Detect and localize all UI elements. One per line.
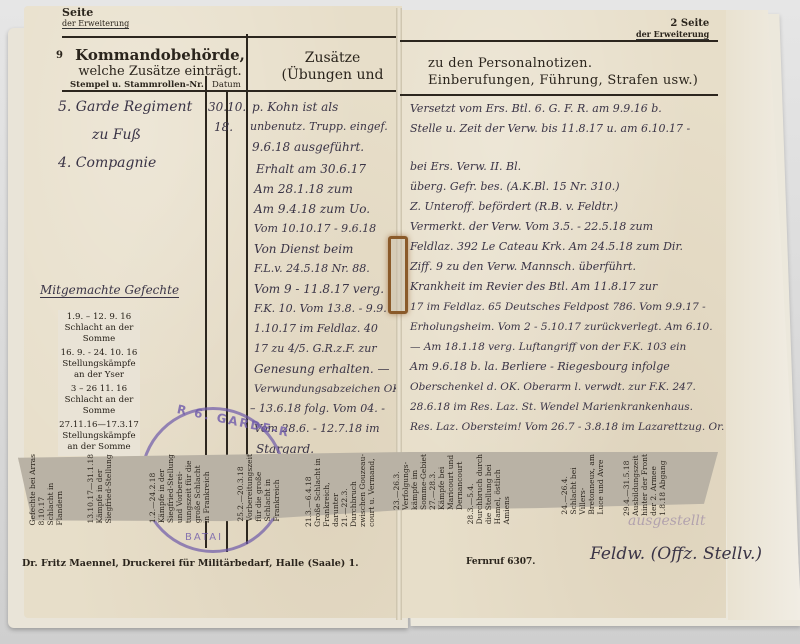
notes-left-line: Erhalt am 30.6.17 xyxy=(256,162,366,176)
notes-left-line: Am 9.4.18 zum Uo. xyxy=(254,202,370,216)
left-page-label-sub: der Erweiterung xyxy=(62,19,129,29)
subheader-stempel: Stempel u. Stammrollen-Nr. xyxy=(70,80,204,90)
battle-place: Somme xyxy=(58,406,140,417)
battle-dates: 16. 9. - 24. 10. 16 xyxy=(58,348,140,359)
strip-entry: 21.3.—6.4.18 Große Schlacht in Frankreic… xyxy=(304,454,376,527)
notes-right-line: — Am 18.1.18 verg. Luftangriff von der F… xyxy=(410,340,686,354)
header-zusaetze: Zusätze (Übungen und xyxy=(270,50,395,84)
unit-entry-line3: 4. Compagnie xyxy=(58,156,156,170)
signature: Feldw. (Offz. Stellv.) xyxy=(590,544,762,564)
right-page-label: 2 Seite der Erweiterung xyxy=(636,18,709,40)
notes-left-line: unbenutz. Trupp. eingef. xyxy=(250,120,388,134)
strip-entry: 25.2.—20.3.18 Vorbereitungszeit für die … xyxy=(236,454,281,522)
left-page-number-mark: 9 xyxy=(56,50,63,61)
battle-place: Somme xyxy=(58,334,140,345)
printer-imprint: Dr. Fritz Maennel, Druckerei für Militär… xyxy=(22,558,359,569)
binding-staple xyxy=(388,236,408,314)
header-kommandobehoerde: Kommandobehörde, welche Zusätze einträgt… xyxy=(70,46,250,79)
phone-imprint: Fernruf 6307. xyxy=(466,557,535,567)
notes-right-line: Stelle u. Zeit der Verw. bis 11.8.17 u. … xyxy=(410,122,690,136)
battle-entry: 16. 9. - 24. 10. 16 Stellungskämpfe an d… xyxy=(58,348,140,381)
battle-dates: 3 – 26 11. 16 xyxy=(58,384,140,395)
notes-left-line: Genesung erhalten. — xyxy=(254,362,389,376)
left-page-label-text: Seite xyxy=(62,6,93,19)
header-rule-top-left xyxy=(62,36,398,38)
battle-dates: 1.9. – 12. 9. 16 xyxy=(58,312,140,323)
battle-place: an der Yser xyxy=(58,370,140,381)
header-personalnotizen-line2: Einberufungen, Führung, Strafen usw.) xyxy=(428,72,698,89)
battle-name: Stellungskämpfe xyxy=(58,431,140,442)
battle-name: Schlacht an der xyxy=(58,323,140,334)
strip-entry: 13.10.17—31.1.18 Kämpfe in der Siegfried… xyxy=(86,454,113,524)
strip-entry: 28.3.—5.4. Durchbruch durch die Stellung… xyxy=(466,454,511,524)
header-rule-bottom-right xyxy=(400,94,718,96)
notes-right-line: Krankheit im Revier des Btl. Am 11.8.17 … xyxy=(410,280,657,294)
date-entry-line2: 18. xyxy=(214,120,233,134)
header-rule-bottom-left xyxy=(62,90,398,92)
battle-name: Stellungskämpfe xyxy=(58,359,140,370)
notes-right-line: Res. Laz. Obersteim! Vom 26.7 - 3.8.18 i… xyxy=(410,420,724,434)
notes-left-line: Von Dienst beim xyxy=(254,242,353,256)
header-kommandobehoerde-line1: Kommandobehörde, xyxy=(70,46,250,64)
header-zusaetze-line2: (Übungen und xyxy=(270,67,395,84)
notes-left-line: p. Kohn ist als xyxy=(252,100,338,114)
battles-clipping: 1.9. – 12. 9. 16 Schlacht an der Somme 1… xyxy=(58,310,140,456)
book-spine xyxy=(396,8,402,620)
notes-left-line: 9.6.18 ausgeführt. xyxy=(252,140,364,154)
stamp-text-bottom: BATAI xyxy=(185,532,223,543)
notes-left-line: F.K. 10. Vom 13.8. - 9.9. xyxy=(254,302,387,316)
notes-right-line: Feldlaz. 392 Le Cateau Krk. Am 24.5.18 z… xyxy=(410,240,683,254)
notes-left-line: Vom 9 - 11.8.17 verg. xyxy=(254,282,384,296)
notes-right-line: überg. Gefr. bes. (A.K.Bl. 15 Nr. 310.) xyxy=(410,180,620,194)
notes-right-line: Ziff. 9 zu den Verw. Mannsch. überführt. xyxy=(410,260,636,274)
header-zusaetze-line1: Zusätze xyxy=(270,50,395,67)
battle-dates: 27.11.16—17.3.17 xyxy=(58,420,140,431)
battle-entry: 3 – 26 11. 16 Schlacht an der Somme xyxy=(58,384,140,417)
notes-left-line: – 13.6.18 folg. Vom 04. - xyxy=(250,402,385,416)
strip-entry: Gefechte bei Arras 8.10.17 Schlacht in F… xyxy=(28,454,64,525)
notes-right-line: Z. Unteroff. befördert (R.B. v. Feldtr.) xyxy=(410,200,618,214)
notes-right-line: Oberschenkel d. OK. Oberarm l. verwdt. z… xyxy=(410,380,696,394)
strip-entry: 1.2.—24.2.18 Kämpfe in der Siegfried-Ste… xyxy=(148,454,211,523)
battle-entry: 1.9. – 12. 9. 16 Schlacht an der Somme xyxy=(58,312,140,345)
notes-left-line: Am 28.1.18 zum xyxy=(254,182,353,196)
notes-left-line: 1.10.17 im Feldlaz. 40 xyxy=(254,322,378,336)
notes-left-line: 17 zu 4/5. G.R.z.F. zur xyxy=(254,342,377,356)
header-kommandobehoerde-line2: welche Zusätze einträgt. xyxy=(70,64,250,79)
header-personalnotizen-line1: zu den Personalnotizen. xyxy=(428,55,698,72)
notes-left-line: Verwundungsabzeichen OK. xyxy=(254,382,404,396)
strip-entry: 29.4.—31.5.18 Ausbildungszeit hinter der… xyxy=(622,454,667,516)
notes-right-line: Erholungsheim. Vom 2 - 5.10.17 zurückver… xyxy=(410,320,713,334)
notes-right-line: 17 im Feldlaz. 65 Deutsches Feldpost 786… xyxy=(410,300,706,314)
battles-heading: Mitgemachte Gefechte xyxy=(40,283,179,298)
right-page-number: 2 xyxy=(670,18,677,29)
header-rule-top-right xyxy=(400,40,718,42)
notes-left-line: F.L.v. 24.5.18 Nr. 88. xyxy=(254,262,370,276)
notes-left-line: Vom 10.10.17 - 9.6.18 xyxy=(254,222,376,236)
left-page-label: Seite der Erweiterung xyxy=(62,6,129,29)
notes-right-line: Vermerkt. der Verw. Vom 3.5. - 22.5.18 z… xyxy=(410,220,653,234)
notes-right-line: 28.6.18 im Res. Laz. St. Wendel Marienkr… xyxy=(410,400,693,414)
right-page-label-text: Seite xyxy=(681,18,709,29)
subheader-datum: Datum xyxy=(212,80,241,90)
unit-entry-line2: zu Fuß xyxy=(92,128,141,142)
battle-name: Schlacht an der xyxy=(58,395,140,406)
strip-entry: 23.—26.3. Verfolgungs- kämpfe im Somme-G… xyxy=(392,454,464,510)
unit-entry-line1: 5. Garde Regiment xyxy=(58,100,192,114)
header-personalnotizen: zu den Personalnotizen. Einberufungen, F… xyxy=(428,55,698,89)
notes-right-line: Am 9.6.18 b. la. Berliere - Riegesbourg … xyxy=(410,360,670,374)
notes-right-line: Versetzt vom Ers. Btl. 6. G. F. R. am 9.… xyxy=(410,102,662,116)
battle-entry: 27.11.16—17.3.17 Stellungskämpfe an der … xyxy=(58,420,140,453)
date-entry-line1: 30.10. xyxy=(208,100,246,114)
notes-right-line: bei Ers. Verw. II. Bl. xyxy=(410,160,521,174)
battle-place: an der Somme xyxy=(58,442,140,453)
strip-entry: 24.—26.4. Schlacht bei Villers- Bretonne… xyxy=(560,454,605,515)
right-page-label-sub: der Erweiterung xyxy=(636,29,709,40)
